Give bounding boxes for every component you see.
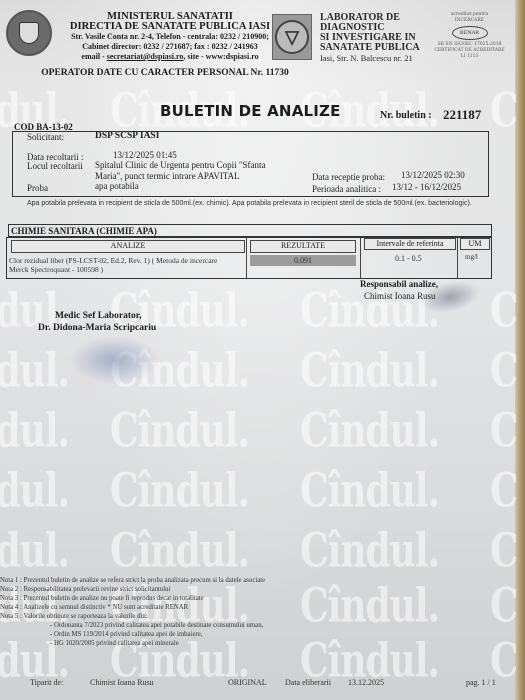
solicitant-label: Solicitant: <box>27 132 64 142</box>
watermark-text: Cîndul. <box>0 464 69 519</box>
watermark-text: Cîndul. <box>490 284 516 339</box>
collection-date-value: 13/12/2025 01:45 <box>113 150 177 160</box>
eagle-crest-icon <box>19 22 39 44</box>
sub-note-2: - Ordin MS 119/2014 privind calitatea ap… <box>0 630 265 639</box>
printed-by-value: Chimist Ioana Rusu <box>90 678 154 687</box>
reception-date-value: 13/12/2025 02:30 <box>401 170 465 180</box>
accreditation-line-5: LI 1113 <box>422 54 517 60</box>
reference-interval: 0.1 - 0.5 <box>395 254 422 263</box>
column-header-analize: ANALIZE <box>11 240 245 253</box>
watermark-text: Cîndul. <box>490 404 516 459</box>
note-1: Nota 1 : Prezentul buletin de analize se… <box>0 576 265 585</box>
watermark-text: Cîndul. <box>490 344 516 399</box>
section-title: CHIMIE SANITARA (CHIMIE APA) <box>11 226 157 236</box>
watermark-text: Cîndul. <box>0 404 69 459</box>
lab-emblem-icon: ▽ <box>275 20 309 54</box>
lab-address: Iasi, Str. N. Balcescu nr. 21 <box>320 53 420 63</box>
blurred-signature-icon <box>70 335 160 385</box>
bulletin-number-value: 221187 <box>443 107 481 123</box>
lab-block: LABORATOR DE DIAGNOSTIC SI INVESTIGARE I… <box>320 13 420 63</box>
collection-place-value-2: Maria", punct termic intrare APAVITAL <box>95 171 240 181</box>
accreditation-mark: acreditat pentru INCERCARE RENAR SR EN I… <box>422 12 517 60</box>
accreditation-line-2: INCERCARE <box>422 18 517 24</box>
chief-physician-title: Medic Sef Laborator, <box>55 311 141 321</box>
reception-date-label: Data receptie proba: <box>312 172 385 182</box>
column-header-interval: Intervale de referinta <box>364 238 456 250</box>
analysis-name-line-1: Clor rezidual liber (PS-LCST-02, Ed.2, R… <box>9 256 217 265</box>
watermark-text: Cîndul. <box>300 344 439 399</box>
email-prefix: email - <box>81 52 106 61</box>
watermark-text: Cîndul. <box>110 524 249 579</box>
watermark-text: Cîndul. <box>490 84 516 139</box>
watermark-text: Cîndul. <box>490 579 516 634</box>
notes-block: Nota 1 : Prezentul buletin de analize se… <box>0 576 265 648</box>
analytic-period-value: 13/12 - 16/12/2025 <box>392 182 461 192</box>
sample-container-note: Apa potabila prelevata in recipient de s… <box>27 199 487 208</box>
watermark-text: Cîndul. <box>490 464 516 519</box>
lab-logo-icon: ▽ <box>272 14 312 60</box>
watermark-text: Cîndul. <box>300 524 439 579</box>
email-link[interactable]: secretariat@dspiasi.ro <box>107 52 184 61</box>
result-value: 0.091 <box>250 255 356 266</box>
ministry-header: MINISTERUL SANATATII DIRECTIA DE SANATAT… <box>50 12 290 62</box>
note-4: Nota 4 : Analizele cu semnul distinctiv … <box>0 603 265 612</box>
printed-by-label: Tiparit de: <box>30 678 63 687</box>
table-edge-background <box>515 0 525 700</box>
collection-place-value-1: Spitalul Clinic de Urgenta pentru Copii … <box>95 160 265 170</box>
contact-line: email - secretariat@dspiasi.ro, site - w… <box>50 52 290 62</box>
original-mark: ORIGINAL <box>228 678 267 687</box>
watermark-text: Cîndul. <box>300 404 439 459</box>
note-2: Nota 2 : Responsabilitatea prelevarii re… <box>0 585 265 594</box>
note-5: Nota 5 : Valorile obtinute se raporteaza… <box>0 612 265 621</box>
column-header-um: UM <box>460 238 490 250</box>
watermark-text: Cîndul. <box>300 464 439 519</box>
government-seal-icon <box>6 10 52 56</box>
solicitant-value: DSP SCSP IASI <box>95 131 159 141</box>
watermark-text: Cîndul. <box>110 464 249 519</box>
column-divider <box>360 238 361 278</box>
renar-logo-icon: RENAR <box>452 26 488 40</box>
document-title: BULETIN DE ANALIZE <box>160 102 341 120</box>
sub-note-3: - HG 1020/2005 privind calitatea apei mi… <box>0 639 265 648</box>
chief-physician-name: Dr. Didona-Maria Scripcariu <box>38 323 156 333</box>
issue-date-label: Data eliberarii <box>285 678 331 687</box>
watermark-text: Cîndul. <box>490 524 516 579</box>
bulletin-number-label: Nr. buletin : <box>380 110 432 121</box>
watermark-text: Cîndul. <box>300 579 439 634</box>
note-3: Nota 3 : Prezentul buletin de analize nu… <box>0 594 265 603</box>
cabinet-line: Cabinet director: 0232 / 271687; fax : 0… <box>50 42 290 52</box>
sub-note-1: - Ordonanta 7/2023 privind calitatea ape… <box>0 621 265 630</box>
directorate-name: DIRECTIA DE SANATATE PUBLICA IASI <box>50 22 290 32</box>
issue-date-value: 13.12.2025 <box>348 678 384 687</box>
sample-label: Proba <box>27 183 48 193</box>
analysis-name-line-2: Merck Spectroquant - 100598 ) <box>9 265 103 274</box>
page-number: pag. 1 / 1 <box>466 678 496 687</box>
address-line: Str. Vasile Conta nr. 2-4, Telefon - cen… <box>50 32 290 42</box>
sample-value: apa potabila <box>95 181 139 191</box>
watermark-text: Cîndul. <box>0 524 69 579</box>
operator-line: OPERATOR DATE CU CARACTER PERSONAL Nr. 1… <box>30 68 300 78</box>
site-text: , site - www:dspiasi.ro <box>183 52 258 61</box>
column-divider <box>246 238 247 278</box>
unit-of-measure: mg/l <box>465 253 478 262</box>
analytic-period-label: Perioada analitica : <box>312 184 381 194</box>
lab-line-4: SANATATE PUBLICA <box>320 43 420 53</box>
column-header-rezultate: REZULTATE <box>250 240 356 253</box>
watermark-text: Cîndul. <box>110 404 249 459</box>
column-divider <box>457 238 458 278</box>
watermark-text: Cîndul. <box>0 344 69 399</box>
collection-place-label: Locul recoltarii <box>27 161 83 171</box>
